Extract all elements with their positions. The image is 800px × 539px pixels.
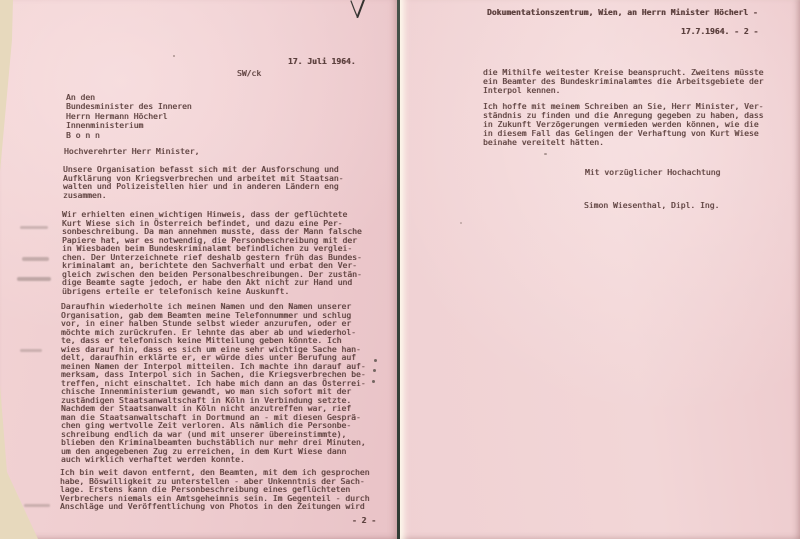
paper-speck [460,222,462,224]
paper-dot [374,359,377,362]
body-paragraph-3: Daraufhin wiederholte ich meinen Namen u… [61,303,366,465]
page-number-marker: - 2 - [352,517,376,526]
paper-speck [173,55,175,57]
letter-date: 17. Juli 1964. [288,58,356,67]
paper-dot [372,380,375,383]
bleedthrough-smudge [22,257,49,261]
salutation: Hochverehrter Herr Minister, [64,148,199,157]
bleedthrough-smudge [17,277,51,281]
reference-initials: SW/ck [237,70,261,79]
bleedthrough-smudge [24,504,50,507]
body-paragraph-1: Unsere Organisation befasst sich mit der… [63,166,344,200]
bleedthrough-smudge [20,226,48,229]
body-paragraph-4: Ich bin weit davon entfernt, den Beamten… [60,469,370,512]
letter-page-2: Dokumentationszentrum, Wien, an Herrn Mi… [400,0,800,539]
signature-line: Simon Wiesenthal, Dipl. Ing. [584,202,719,211]
body-paragraph-2: Wir erhielten einen wichtigen Hinweis, d… [62,211,362,296]
paper-dot [373,369,376,372]
body-paragraph-6: Ich hoffe mit meinem Schreiben an Sie, H… [483,102,764,147]
page2-header-line2: 17.7.1964. - 2 - [681,28,758,37]
closing-formula: Mit vorzüglicher Hochachtung [585,169,720,178]
body-paragraph-5: die Mithilfe weitester Kreise beanspruch… [483,68,764,95]
letter-page-1: 17. Juli 1964. SW/ck An den Bundesminist… [0,0,399,539]
handwritten-checkmark-icon [348,0,370,20]
bleedthrough-smudge [20,349,42,352]
paper-speck [544,153,547,155]
recipient-address: An den Bundesminister des Inneren Herrn … [66,93,192,140]
page2-header-line1: Dokumentationszentrum, Wien, an Herrn Mi… [487,9,758,18]
